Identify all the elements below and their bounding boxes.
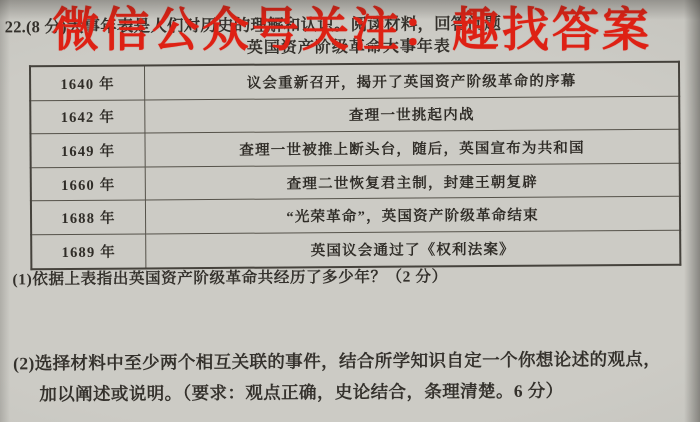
event-cell: 议会重新召开，揭开了英国资产阶级革命的序幕 xyxy=(144,62,679,100)
sub-question-2: (2)选择材料中至少两个相互关联的事件，结合所学知识自定一个你想论述的观点， 加… xyxy=(13,344,698,411)
table-row: 1649 年 查理一世被推上断头台，随后，英国宣布为共和国 xyxy=(30,129,679,167)
sub-question-2-line2: 加以阐述或说明。（要求：观点正确，史论结合，条理清楚。6 分） xyxy=(39,375,698,411)
sub-question-1: (1)依据上表指出英国资产阶级革命共经历了多少年？（2 分） xyxy=(12,264,447,289)
year-cell: 1640 年 xyxy=(30,65,145,100)
year-cell: 1642 年 xyxy=(30,100,145,134)
table-row: 1688 年 “光荣革命”，英国资产阶级革命结束 xyxy=(31,197,680,235)
sub-question-2-line1: (2)选择材料中至少两个相互关联的事件，结合所学知识自定一个你想论述的观点， xyxy=(13,344,698,380)
year-cell: 1689 年 xyxy=(31,234,146,269)
scanned-exam-page: 22.(8 分)大事年表是人们对历史的理解和认识。阅读材料，回答问题 英国资产阶… xyxy=(0,0,700,422)
year-cell: 1660 年 xyxy=(31,167,146,201)
table-row: 1640 年 议会重新召开，揭开了英国资产阶级革命的序幕 xyxy=(30,62,679,101)
table-row: 1689 年 英国议会通过了《权利法案》 xyxy=(31,230,680,269)
table-row: 1642 年 查理一世挑起内战 xyxy=(30,96,679,134)
event-cell: 英国议会通过了《权利法案》 xyxy=(146,230,681,268)
event-cell: 查理一世挑起内战 xyxy=(145,96,680,133)
year-cell: 1688 年 xyxy=(31,200,146,234)
events-table: 1640 年 议会重新召开，揭开了英国资产阶级革命的序幕 1642 年 查理一世… xyxy=(29,61,681,270)
event-cell: “光荣革命”，英国资产阶级革命结束 xyxy=(145,197,680,234)
event-cell: 查理二世恢复君主制，封建王朝复辟 xyxy=(145,163,680,200)
year-cell: 1649 年 xyxy=(30,133,145,167)
wechat-watermark: 微信公众号关注：趣找答案 xyxy=(52,4,652,56)
event-cell: 查理一世被推上断头台，随后，英国宣布为共和国 xyxy=(145,129,680,166)
table-row: 1660 年 查理二世恢复君主制，封建王朝复辟 xyxy=(31,163,680,201)
exam-content: 22.(8 分)大事年表是人们对历史的理解和认识。阅读材料，回答问题 英国资产阶… xyxy=(0,0,700,422)
